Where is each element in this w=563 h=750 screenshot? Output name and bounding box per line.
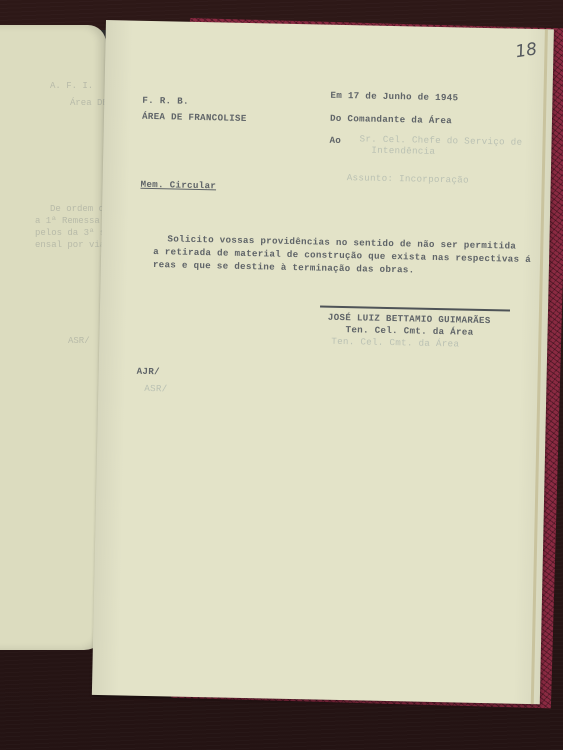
ghost-text: Área DE FRANCOLI: [70, 97, 106, 109]
to-recipient-faint-2: Intendência: [371, 145, 435, 157]
org-line-1: F. R. B.: [142, 95, 189, 107]
ghost-text: a 1ª Remessa de: [35, 215, 106, 227]
ghost-text: De ordem do: [50, 203, 106, 215]
left-page: A. F. I. Área DE FRANCOLI De ordem do a …: [0, 25, 106, 650]
subject-faint: Assunto: Incorporação: [347, 172, 469, 186]
date-line: Em 17 de Junho de 1945: [330, 90, 458, 104]
initials-faint: ASR/: [144, 383, 167, 394]
to-label: Ao: [329, 135, 341, 146]
from-line: Do Comandante da Área: [330, 113, 452, 127]
ghost-text: A. F. I.: [50, 80, 93, 92]
memo-type: Mem. Circular: [140, 179, 216, 192]
ghost-text: pelos da 3ª sub: [35, 227, 106, 239]
signature-line: [320, 306, 510, 312]
signature-title-faint: Ten. Cel. Cmt. da Área: [331, 336, 459, 350]
document-page: 18 F. R. B. ÁREA DE FRANCOLISE Em 17 de …: [92, 20, 554, 704]
initials: AJR/: [137, 366, 160, 377]
handwritten-page-number: 18: [514, 39, 538, 62]
org-line-2: ÁREA DE FRANCOLISE: [142, 111, 247, 124]
ghost-initials: ASR/: [68, 335, 90, 347]
ghost-text: ensal por via f: [35, 239, 106, 251]
